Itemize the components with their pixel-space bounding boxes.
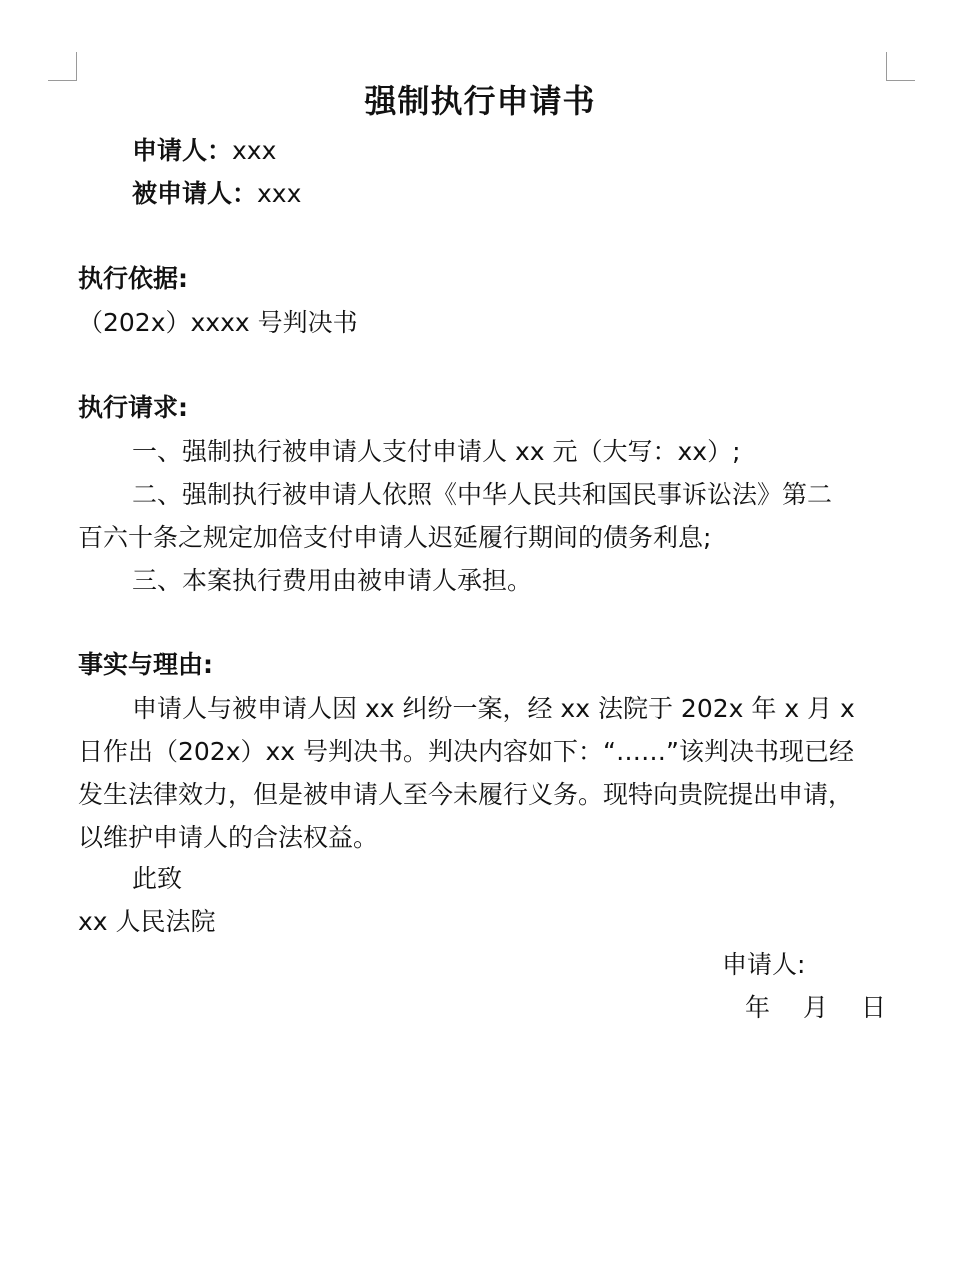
facts-line-1: 申请人与被申请人因 xx 纠纷一案，经 xx 法院于 202x 年 x 月 x: [132, 692, 855, 726]
request-line-1: 一、强制执行被申请人支付申请人 xx 元（大写：xx）;: [132, 435, 741, 469]
closing-court: xx 人民法院: [78, 905, 216, 939]
basis-text: （202x）xxxx 号判决书: [78, 306, 358, 340]
facts-line-2: 日作出（202x）xx 号判决书。判决内容如下：“……”该判决书现已经: [78, 735, 854, 769]
request-line-3: 百六十条之规定加倍支付申请人迟延履行期间的债务利息;: [78, 521, 711, 555]
applicant-line: 申请人：xxx: [132, 134, 276, 168]
facts-line-3: 发生法律效力，但是被申请人至今未履行义务。现特向贵院提出申请，: [78, 778, 853, 812]
request-line-2: 二、强制执行被申请人依照《中华人民共和国民事诉讼法》第二: [132, 478, 832, 512]
respondent-line: 被申请人：xxx: [132, 177, 301, 211]
facts-line-4: 以维护申请人的合法权益。: [78, 821, 378, 855]
basis-heading: 执行依据:: [78, 262, 188, 296]
date-line: 年 月 日: [745, 991, 890, 1025]
signature-label: 申请人:: [722, 948, 805, 982]
requests-heading: 执行请求:: [78, 391, 188, 425]
applicant-label: 申请人：: [132, 136, 232, 165]
closing-salutation: 此致: [132, 862, 182, 896]
respondent-label: 被申请人：: [132, 179, 257, 208]
request-line-4: 三、本案执行费用由被申请人承担。: [132, 564, 532, 598]
applicant-value: xxx: [232, 136, 276, 165]
page-corner-mark-top-left: [48, 52, 77, 81]
respondent-value: xxx: [257, 179, 301, 208]
facts-heading: 事实与理由:: [78, 648, 213, 682]
document-title: 强制执行申请书: [0, 84, 960, 118]
page-corner-mark-top-right: [886, 52, 915, 81]
